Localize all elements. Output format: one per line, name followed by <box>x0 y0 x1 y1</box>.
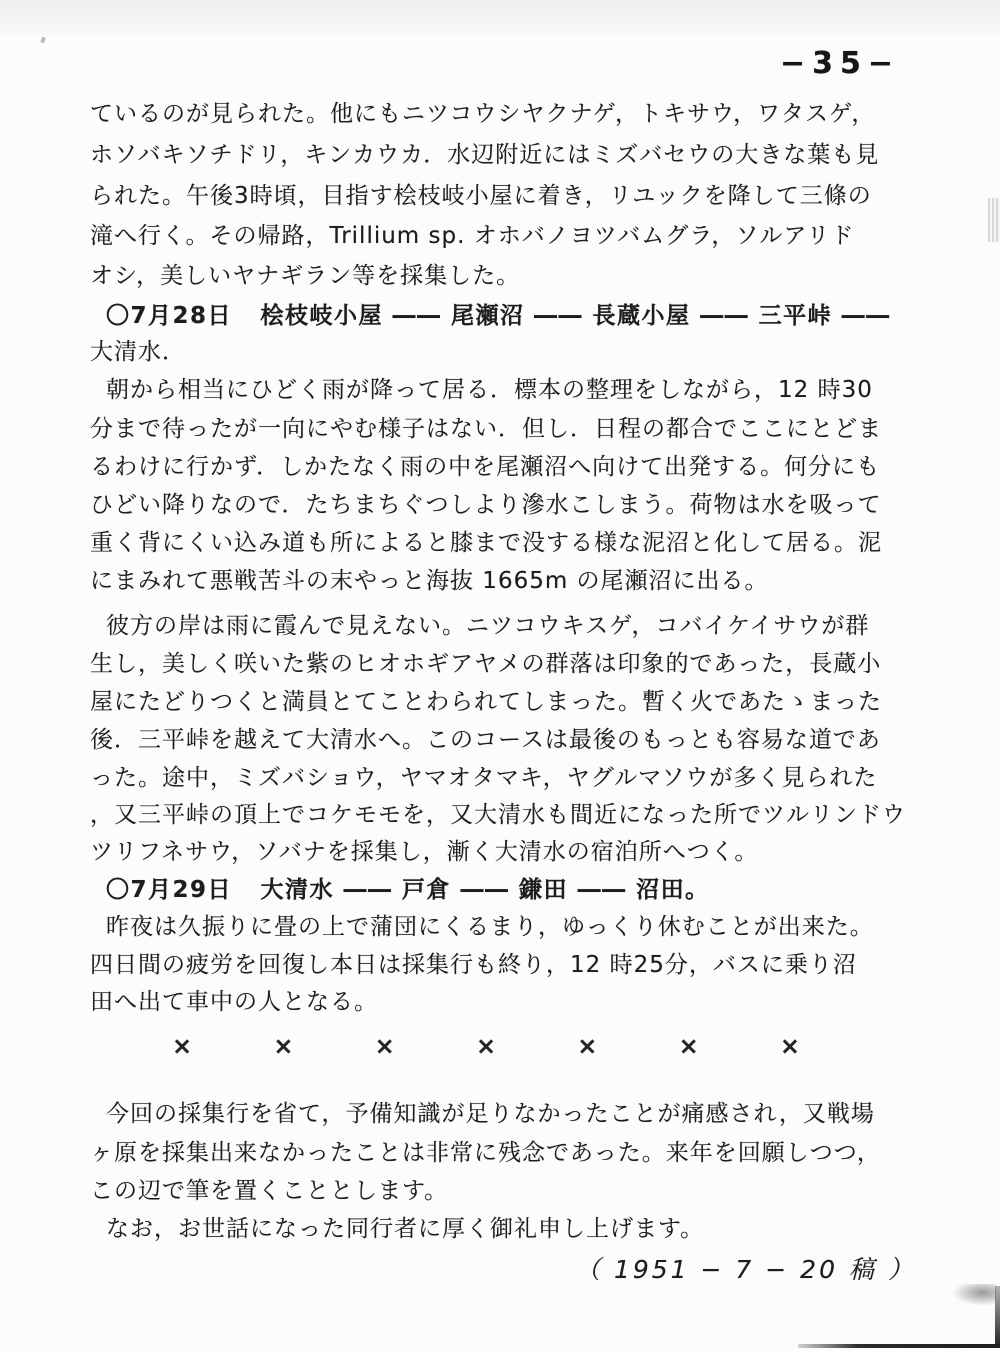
scan-speck <box>40 36 46 43</box>
body-line-3: られた。午後3時頃，目指す桧枝岐小屋に着き，リユックを降して三條の <box>90 177 872 210</box>
body-line-12: 重く背にくい込み道も所によると膝まで没する様な泥沼と化して居る。泥 <box>90 524 882 557</box>
body-line-18: った。途中，ミズバショウ，ヤマオタマキ，ヤグルマソウが多く見られた <box>90 759 877 792</box>
body-line-9: 分まで待ったが一向にやむ様子はない．但し．日程の都合でここにとどま <box>90 410 882 443</box>
body-line-5: オシ，美しいヤナギラン等を採集した。 <box>90 257 520 290</box>
body-line-11: ひどい降りなので．たちまちぐつしより滲水こしまう。荷物は水を吸って <box>90 486 882 519</box>
body-line-7: 大清水． <box>90 333 186 366</box>
entry-heading-jul-28: 〇7月28日 桧枝岐小屋 ―― 尾瀬沼 ―― 長蔵小屋 ―― 三平峠 ―― <box>106 297 891 330</box>
x-mark: × <box>780 1032 800 1060</box>
x-mark: × <box>476 1032 496 1060</box>
body-line-10: るわけに行かず．しかたなく雨の中を尾瀬沼へ向けて出発する。何分にも <box>90 448 880 481</box>
body-line-26: ヶ原を採集出来なかったことは非常に残念であった。来年を回願しつつ， <box>90 1134 881 1167</box>
body-line-16: 屋にたどりつくと満員とてことわられてしまった。暫く火であたゝまった <box>90 683 882 716</box>
body-line-8: 朝から相当にひどく雨が降って居る．標本の整理をしながら，12 時30 <box>106 371 873 404</box>
page-number: −35− <box>780 46 900 81</box>
body-line-27: この辺で筆を置くこととします。 <box>90 1172 448 1205</box>
body-line-17: 後．三平峠を越えて大清水へ。このコースは最後のもっとも容易な道であ <box>90 721 881 754</box>
body-line-23: 四日間の疲労を回復し本日は採集行も終り，12 時25分，バスに乗り沼 <box>90 946 857 979</box>
scan-bottom-edge <box>798 1344 1000 1348</box>
body-line-4: 滝へ行く。その帰路，Trillium sp. オホバノヨツバムグラ，ソルアリド <box>90 217 855 250</box>
body-line-2: ホソバキソチドリ，キンカウカ．水辺附近にはミズバセウの大きな葉も見 <box>90 136 879 169</box>
body-line-1: ているのが見られた。他にもニツコウシヤクナゲ，トキサウ，ワタスゲ， <box>90 95 875 128</box>
x-mark: × <box>577 1032 597 1060</box>
x-mark: × <box>375 1032 395 1060</box>
x-mark: × <box>172 1032 192 1060</box>
body-line-15: 生し，美しく咲いた紫のヒオホギアヤメの群落は印象的であった，長蔵小 <box>90 645 881 678</box>
manuscript-date: （ 1951 − 7 − 20 稿 ） <box>575 1250 916 1286</box>
scan-top-shadow <box>0 0 1000 34</box>
body-line-13: にまみれて悪戦苦斗の末やっと海抜 1665m の尾瀬沼に出る。 <box>90 562 769 595</box>
acknowledgement-line: なお，お世話になった同行者に厚く御礼申し上げます。 <box>106 1210 704 1243</box>
body-line-19: ，又三平峠の頂上でコケモモを，又大清水も間近になった所でツルリンドウ <box>90 796 906 829</box>
scan-corner-smudge <box>952 1284 996 1306</box>
x-mark: × <box>679 1032 699 1060</box>
scan-right-edge <box>995 1286 1000 1348</box>
body-line-24: 田へ出て車中の人となる。 <box>90 983 378 1016</box>
body-line-22: 昨夜は久振りに畳の上で蒲団にくるまり，ゆっくり休むことが出来た。 <box>106 908 874 941</box>
entry-heading-jul-29: 〇7月29日 大清水 ―― 戸倉 ―― 鎌田 ―― 沼田。 <box>106 871 710 904</box>
body-line-25: 今回の採集行を省て，予備知識が足りなかったことが痛感され，又戦場 <box>106 1095 875 1128</box>
section-separator: × × × × × × × <box>172 1032 800 1060</box>
body-line-14: 彼方の岸は雨に霞んで見えない。ニツコウキスゲ，コバイケイサウが群 <box>106 607 869 640</box>
scan-edge-smudge <box>988 198 1000 242</box>
body-line-20: ツリフネサウ，ソバナを採集し，漸く大清水の宿泊所へつく。 <box>90 833 758 866</box>
x-mark: × <box>273 1032 293 1060</box>
scanned-document-page: −35− ているのが見られた。他にもニツコウシヤクナゲ，トキサウ，ワタスゲ， ホ… <box>0 0 1000 1351</box>
